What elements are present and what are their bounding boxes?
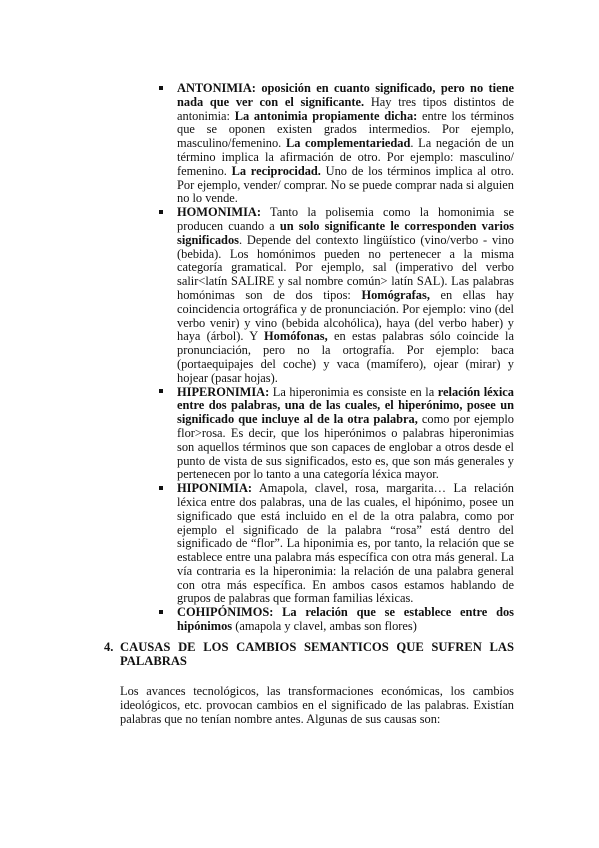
- section-heading: 4. CAUSAS DE LOS CAMBIOS SEMANTICOS QUE …: [104, 640, 514, 668]
- section-number: 4.: [104, 640, 113, 654]
- bold-text-run: Homófonas,: [264, 329, 328, 343]
- section-title: CAUSAS DE LOS CAMBIOS SEMANTICOS QUE SUF…: [120, 640, 514, 668]
- bullet-homonimia: HOMONIMIA: Tanto la polisemia como la ho…: [177, 206, 514, 385]
- text-run: (amapola y clavel, ambas son flores): [232, 619, 417, 633]
- bold-text-run: ANTONIMIA:: [177, 81, 261, 95]
- bullet-hiponimia: HIPONIMIA: Amapola, clavel, rosa, margar…: [177, 482, 514, 606]
- bold-text-run: HOMONIMIA:: [177, 205, 261, 219]
- square-bullet-icon: [159, 386, 163, 400]
- bold-text-run: La reciprocidad.: [232, 164, 321, 178]
- square-bullet-icon: [159, 206, 163, 220]
- bold-text-run: Homógrafas,: [361, 288, 429, 302]
- bullet-antonimia: ANTONIMIA: oposición en cuanto significa…: [177, 82, 514, 206]
- square-bullet-icon: [159, 482, 163, 496]
- text-run: Amapola, clavel, rosa, margarita… La rel…: [177, 481, 514, 605]
- bold-text-run: HIPERONIMIA:: [177, 385, 269, 399]
- text-run: La hiperonimia es consiste en la: [269, 385, 437, 399]
- bullet-cohiponimos: COHIPÓNIMOS: La relación que se establec…: [177, 606, 514, 634]
- bold-text-run: La complementariedad: [286, 136, 410, 150]
- body-paragraph: Los avances tecnológicos, las transforma…: [120, 685, 514, 726]
- document-page: ANTONIMIA: oposición en cuanto significa…: [0, 0, 599, 848]
- bullet-hiperonimia: HIPERONIMIA: La hiperonimia es consiste …: [177, 386, 514, 483]
- term-bullet-list: ANTONIMIA: oposición en cuanto significa…: [177, 82, 514, 634]
- square-bullet-icon: [159, 606, 163, 620]
- bold-text-run: HIPONIMIA:: [177, 481, 252, 495]
- bold-text-run: La antonimia propiamente dicha:: [235, 109, 418, 123]
- square-bullet-icon: [159, 82, 163, 96]
